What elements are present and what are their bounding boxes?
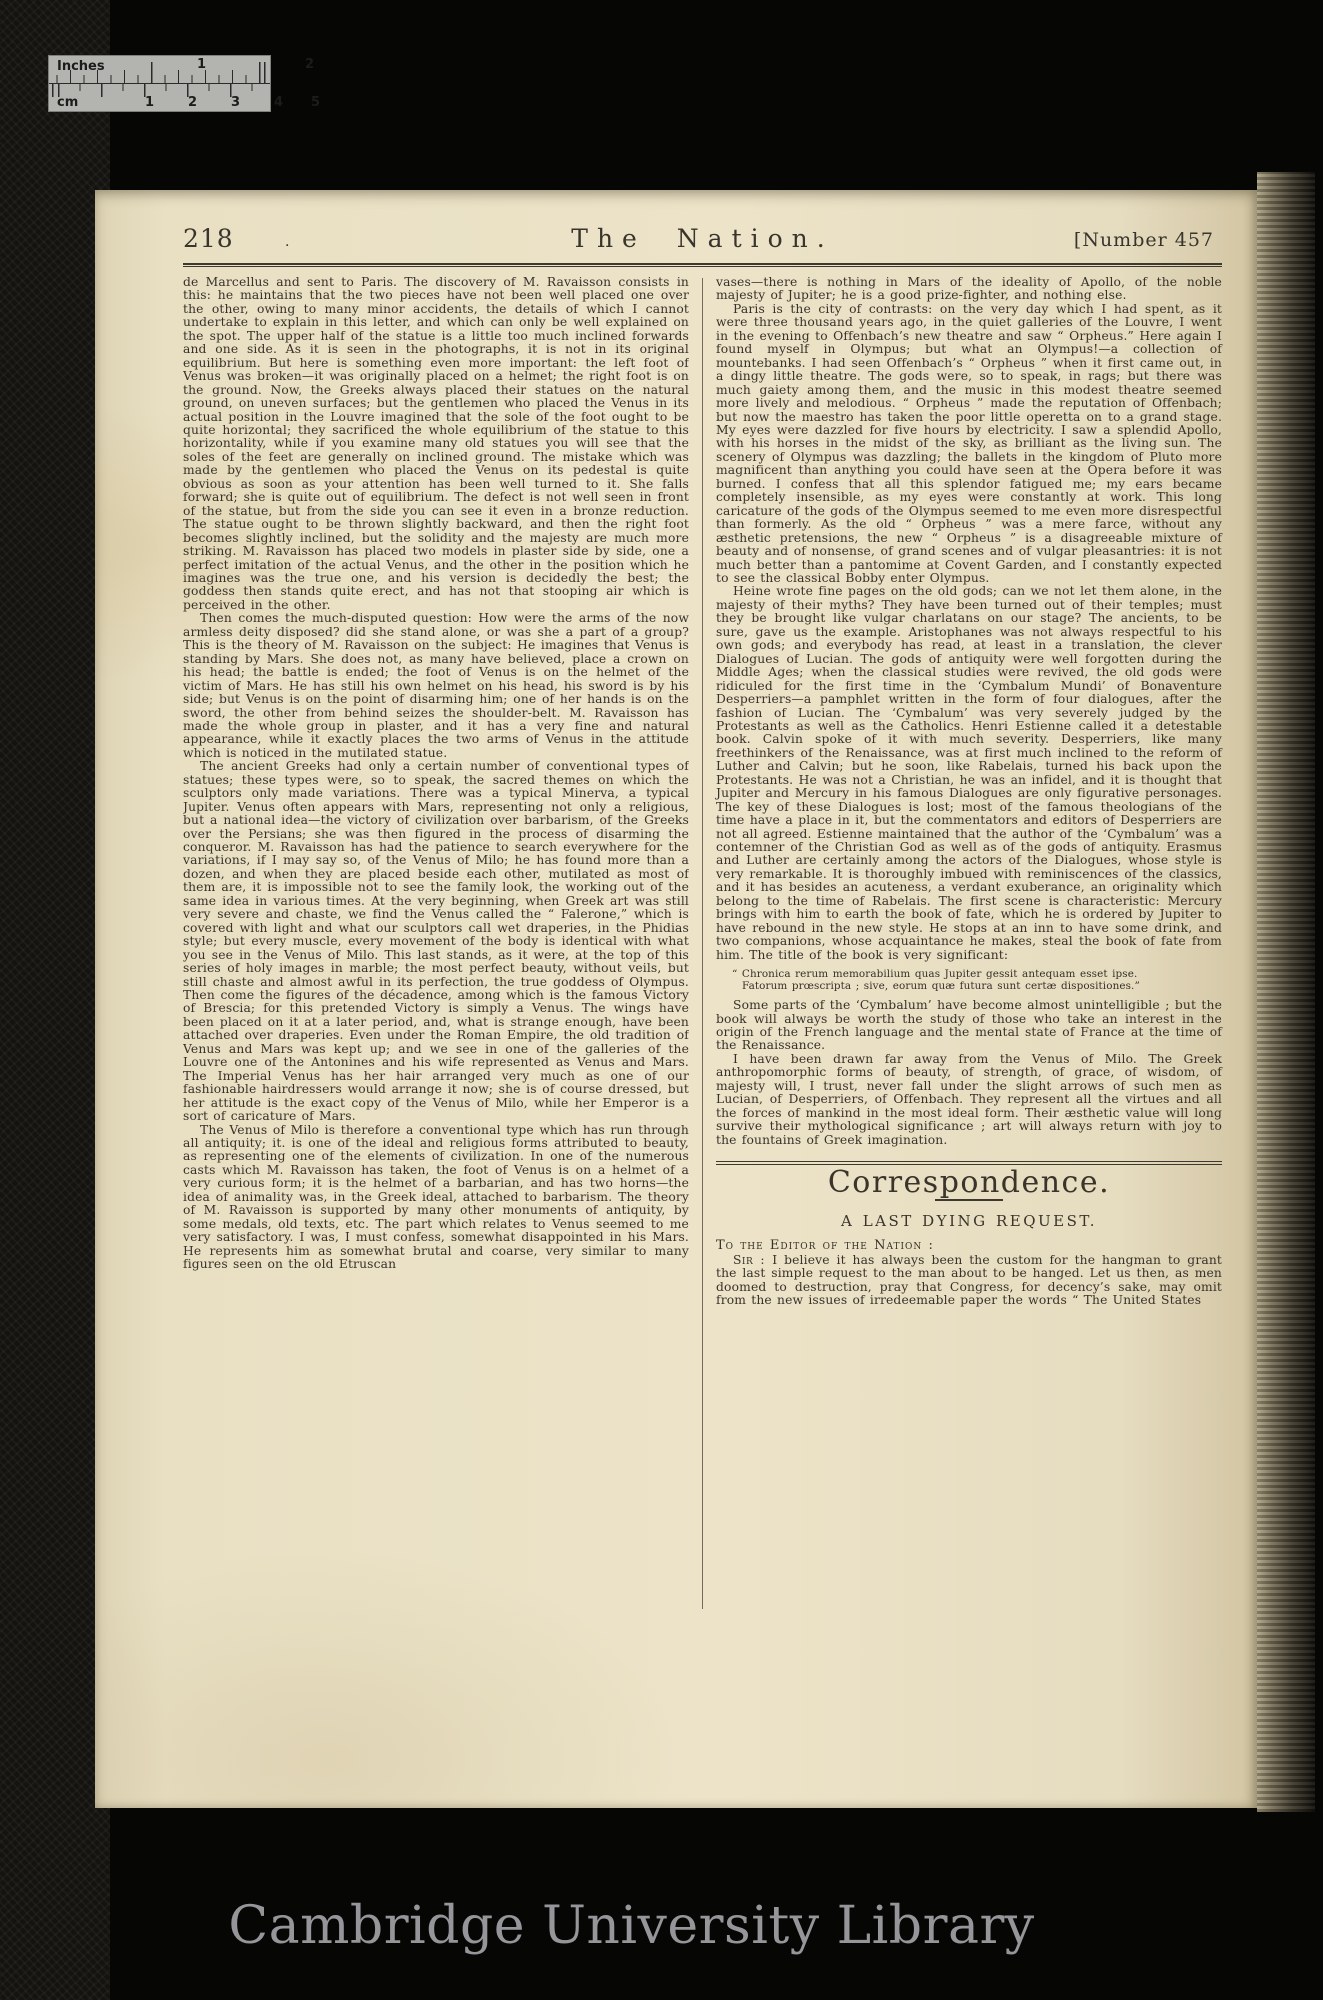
- cm-number-3: 3: [231, 95, 240, 110]
- inch-number-2: 2: [305, 57, 314, 72]
- article-paragraph: I have been drawn far away from the Venu…: [716, 1053, 1222, 1147]
- header-double-rule: [183, 263, 1222, 267]
- article-paragraph: Heine wrote fine pages on the old gods; …: [716, 585, 1222, 962]
- cm-number-5: 5: [311, 95, 320, 110]
- letter-body: Sir : I believe it has always been the c…: [716, 1254, 1222, 1308]
- scale-ruler: Inches 1 2 cm 1 2 3 4 5: [48, 55, 271, 112]
- issue-number: [Number 457: [1074, 229, 1214, 251]
- column-divider-rule: [702, 278, 703, 1609]
- ruler-cm-scale: cm 1 2 3 4 5: [49, 84, 270, 112]
- library-watermark: Cambridge University Library: [0, 1896, 1263, 1956]
- latin-quotation: “ Chronica rerum memorabilium quas Jupit…: [732, 968, 1222, 992]
- letter-body-text: I believe it has always been the custom …: [716, 1253, 1222, 1307]
- ruler-inches-scale: Inches 1 2: [49, 56, 270, 83]
- article-columns: de Marcellus and sent to Paris. The disc…: [183, 276, 1222, 1609]
- correspondence-section-title: Correspondence.: [716, 1176, 1222, 1189]
- cm-number-4: 4: [274, 95, 283, 110]
- header-ink-dot: .: [285, 234, 289, 250]
- latin-quote-line: Fatorum prœscripta ; sive, eorum quæ fut…: [742, 980, 1222, 992]
- page-number: 218: [183, 224, 234, 253]
- book-fore-edge: [1257, 172, 1315, 1812]
- article-paragraph: vases—there is nothing in Mars of the id…: [716, 276, 1222, 303]
- masthead-title: The Nation.: [571, 224, 833, 253]
- article-paragraph: de Marcellus and sent to Paris. The disc…: [183, 276, 689, 612]
- cm-label: cm: [57, 95, 78, 110]
- article-paragraph: Paris is the city of contrasts: on the v…: [716, 303, 1222, 586]
- article-paragraph: The ancient Greeks had only a certain nu…: [183, 760, 689, 1123]
- article-paragraph: Then comes the much-disputed question: H…: [183, 612, 689, 760]
- page-header: 218 . The Nation. [Number 457: [183, 224, 1222, 256]
- inch-number-1: 1: [197, 57, 206, 72]
- article-paragraph: The Venus of Milo is therefore a convent…: [183, 1124, 689, 1272]
- cm-number-2: 2: [188, 95, 197, 110]
- latin-quote-line: “ Chronica rerum memorabilium quas Jupit…: [732, 968, 1222, 980]
- newspaper-page-scan: 218 . The Nation. [Number 457 de Marcell…: [95, 190, 1257, 1808]
- article-paragraph: Some parts of the ‘Cymbalum’ have become…: [716, 999, 1222, 1053]
- right-column: vases—there is nothing in Mars of the id…: [716, 276, 1222, 1609]
- letter-title: A LAST DYING REQUEST.: [716, 1215, 1222, 1228]
- backing-cloth-texture: [0, 0, 110, 2000]
- inches-label: Inches: [57, 59, 105, 74]
- letter-salutation: To the Editor of the Nation :: [716, 1239, 1222, 1252]
- cm-number-1: 1: [145, 95, 154, 110]
- left-column: de Marcellus and sent to Paris. The disc…: [183, 276, 689, 1609]
- sir-label: Sir :: [733, 1253, 772, 1267]
